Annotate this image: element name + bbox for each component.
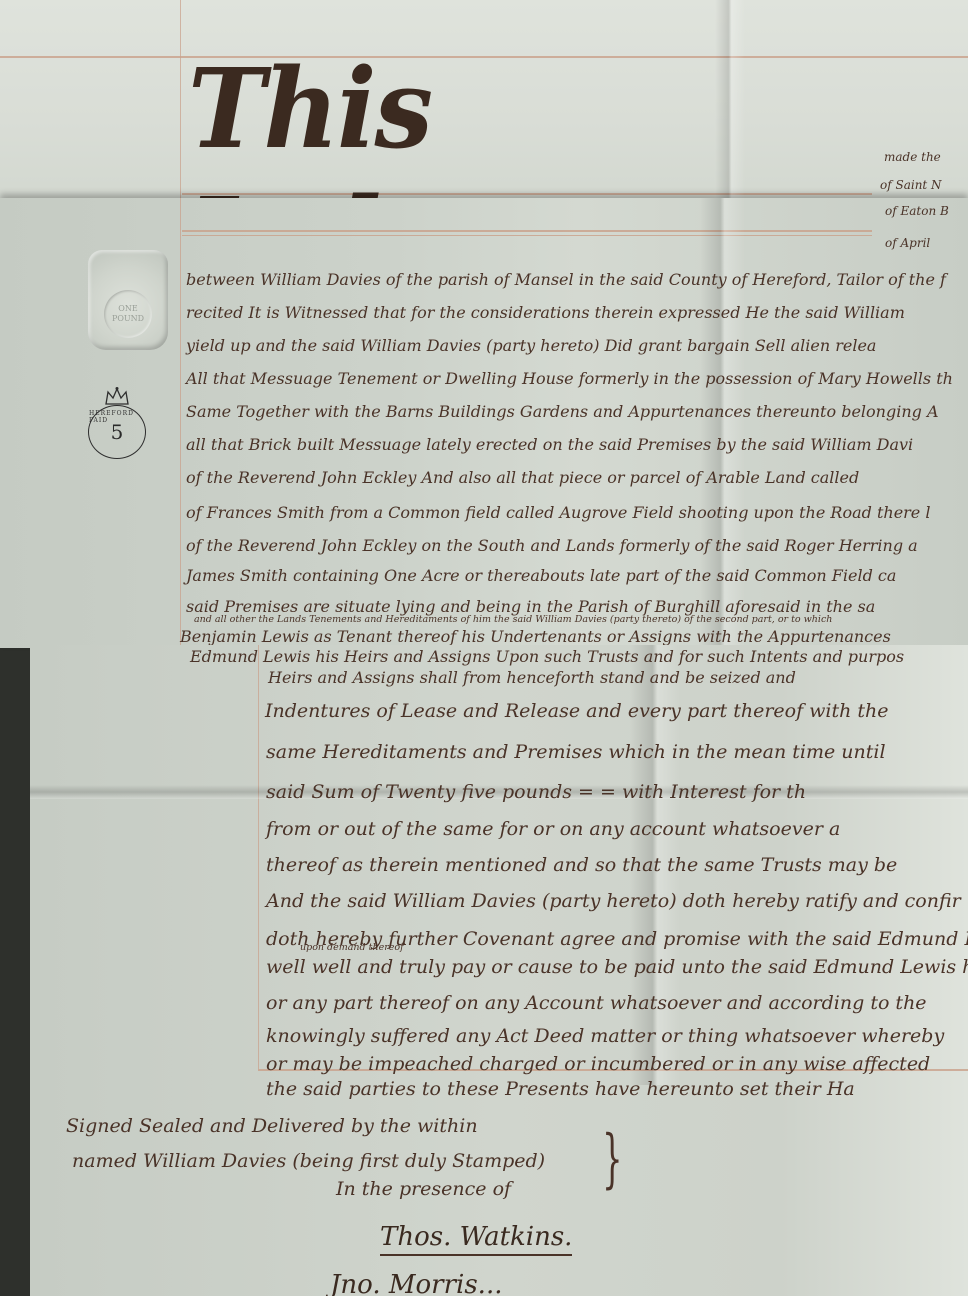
margin-rule bbox=[180, 198, 181, 648]
stamp-ring-text: HEREFORD PAID bbox=[89, 410, 145, 424]
attestation-line: named William Davies (being first duly S… bbox=[72, 1150, 545, 1172]
body-line: the said parties to these Presents have … bbox=[266, 1078, 855, 1100]
body-line: Same Together with the Barns Buildings G… bbox=[186, 402, 939, 421]
document-title: This Indenture bbox=[188, 44, 968, 200]
stamp-text-bottom: POUND bbox=[112, 314, 144, 324]
attestation-line: In the presence of bbox=[336, 1178, 511, 1200]
body-line: Edmund Lewis his Heirs and Assigns Upon … bbox=[190, 647, 904, 666]
body-line: thereof as therein mentioned and so that… bbox=[266, 854, 897, 876]
stamp-text-top: ONE bbox=[118, 304, 137, 314]
body-line: all that Brick built Messuage lately ere… bbox=[186, 435, 913, 454]
body-line: James Smith containing One Acre or there… bbox=[186, 566, 896, 585]
body-line: from or out of the same for or on any ac… bbox=[266, 818, 840, 840]
crown-icon bbox=[104, 386, 130, 406]
witness-signature: Jno. Morris... bbox=[330, 1270, 502, 1296]
body-line: of the Reverend John Eckley on the South… bbox=[186, 536, 918, 555]
body-line: Heirs and Assigns shall from henceforth … bbox=[268, 668, 796, 687]
ruling-line bbox=[182, 230, 872, 232]
header-margin-text: of Saint N bbox=[880, 178, 942, 192]
header-margin-text: of Eaton B bbox=[885, 204, 949, 218]
interlineation: and all other the Lands Tenements and He… bbox=[194, 614, 832, 625]
background-table bbox=[0, 645, 34, 1296]
header-margin-text: of April bbox=[885, 236, 930, 250]
body-line: or may be impeached charged or incumbere… bbox=[266, 1053, 930, 1075]
body-line: recited It is Witnessed that for the con… bbox=[186, 303, 905, 322]
ink-duty-stamp: HEREFORD PAID 5 bbox=[88, 405, 146, 459]
interlineation: upon demand thereof bbox=[300, 942, 404, 953]
body-line: of the Reverend John Eckley And also all… bbox=[186, 468, 859, 487]
stamp-disk: ONE POUND bbox=[104, 290, 152, 338]
brace-mark: } bbox=[602, 1122, 622, 1196]
body-line: well well and truly pay or cause to be p… bbox=[266, 956, 968, 978]
body-line: said Sum of Twenty five pounds = = with … bbox=[266, 781, 806, 803]
paper-sheet-top: This Indenture made the of Saint N bbox=[0, 0, 968, 200]
ruling-line bbox=[182, 235, 872, 236]
margin-rule bbox=[258, 645, 259, 1069]
body-line: All that Messuage Tenement or Dwelling H… bbox=[186, 369, 953, 388]
body-line: knowingly suffered any Act Deed matter o… bbox=[266, 1025, 944, 1047]
body-line: Benjamin Lewis as Tenant thereof his Und… bbox=[180, 627, 891, 646]
body-line: Indentures of Lease and Release and ever… bbox=[265, 700, 889, 722]
header-margin-text: made the bbox=[884, 150, 941, 164]
witness-signature: Thos. Watkins. bbox=[380, 1222, 572, 1256]
body-line: between William Davies of the parish of … bbox=[186, 270, 946, 289]
body-line: or any part thereof on any Account whats… bbox=[266, 992, 927, 1014]
body-line: same Hereditaments and Premises which in… bbox=[266, 741, 886, 763]
margin-rule bbox=[180, 0, 181, 200]
body-line: yield up and the said William Davies (pa… bbox=[186, 336, 876, 355]
body-line: of Frances Smith from a Common field cal… bbox=[186, 503, 930, 522]
attestation-line: Signed Sealed and Delivered by the withi… bbox=[66, 1115, 478, 1137]
body-line: And the said William Davies (party heret… bbox=[266, 890, 961, 912]
embossed-duty-stamp: ONE POUND bbox=[88, 250, 168, 350]
